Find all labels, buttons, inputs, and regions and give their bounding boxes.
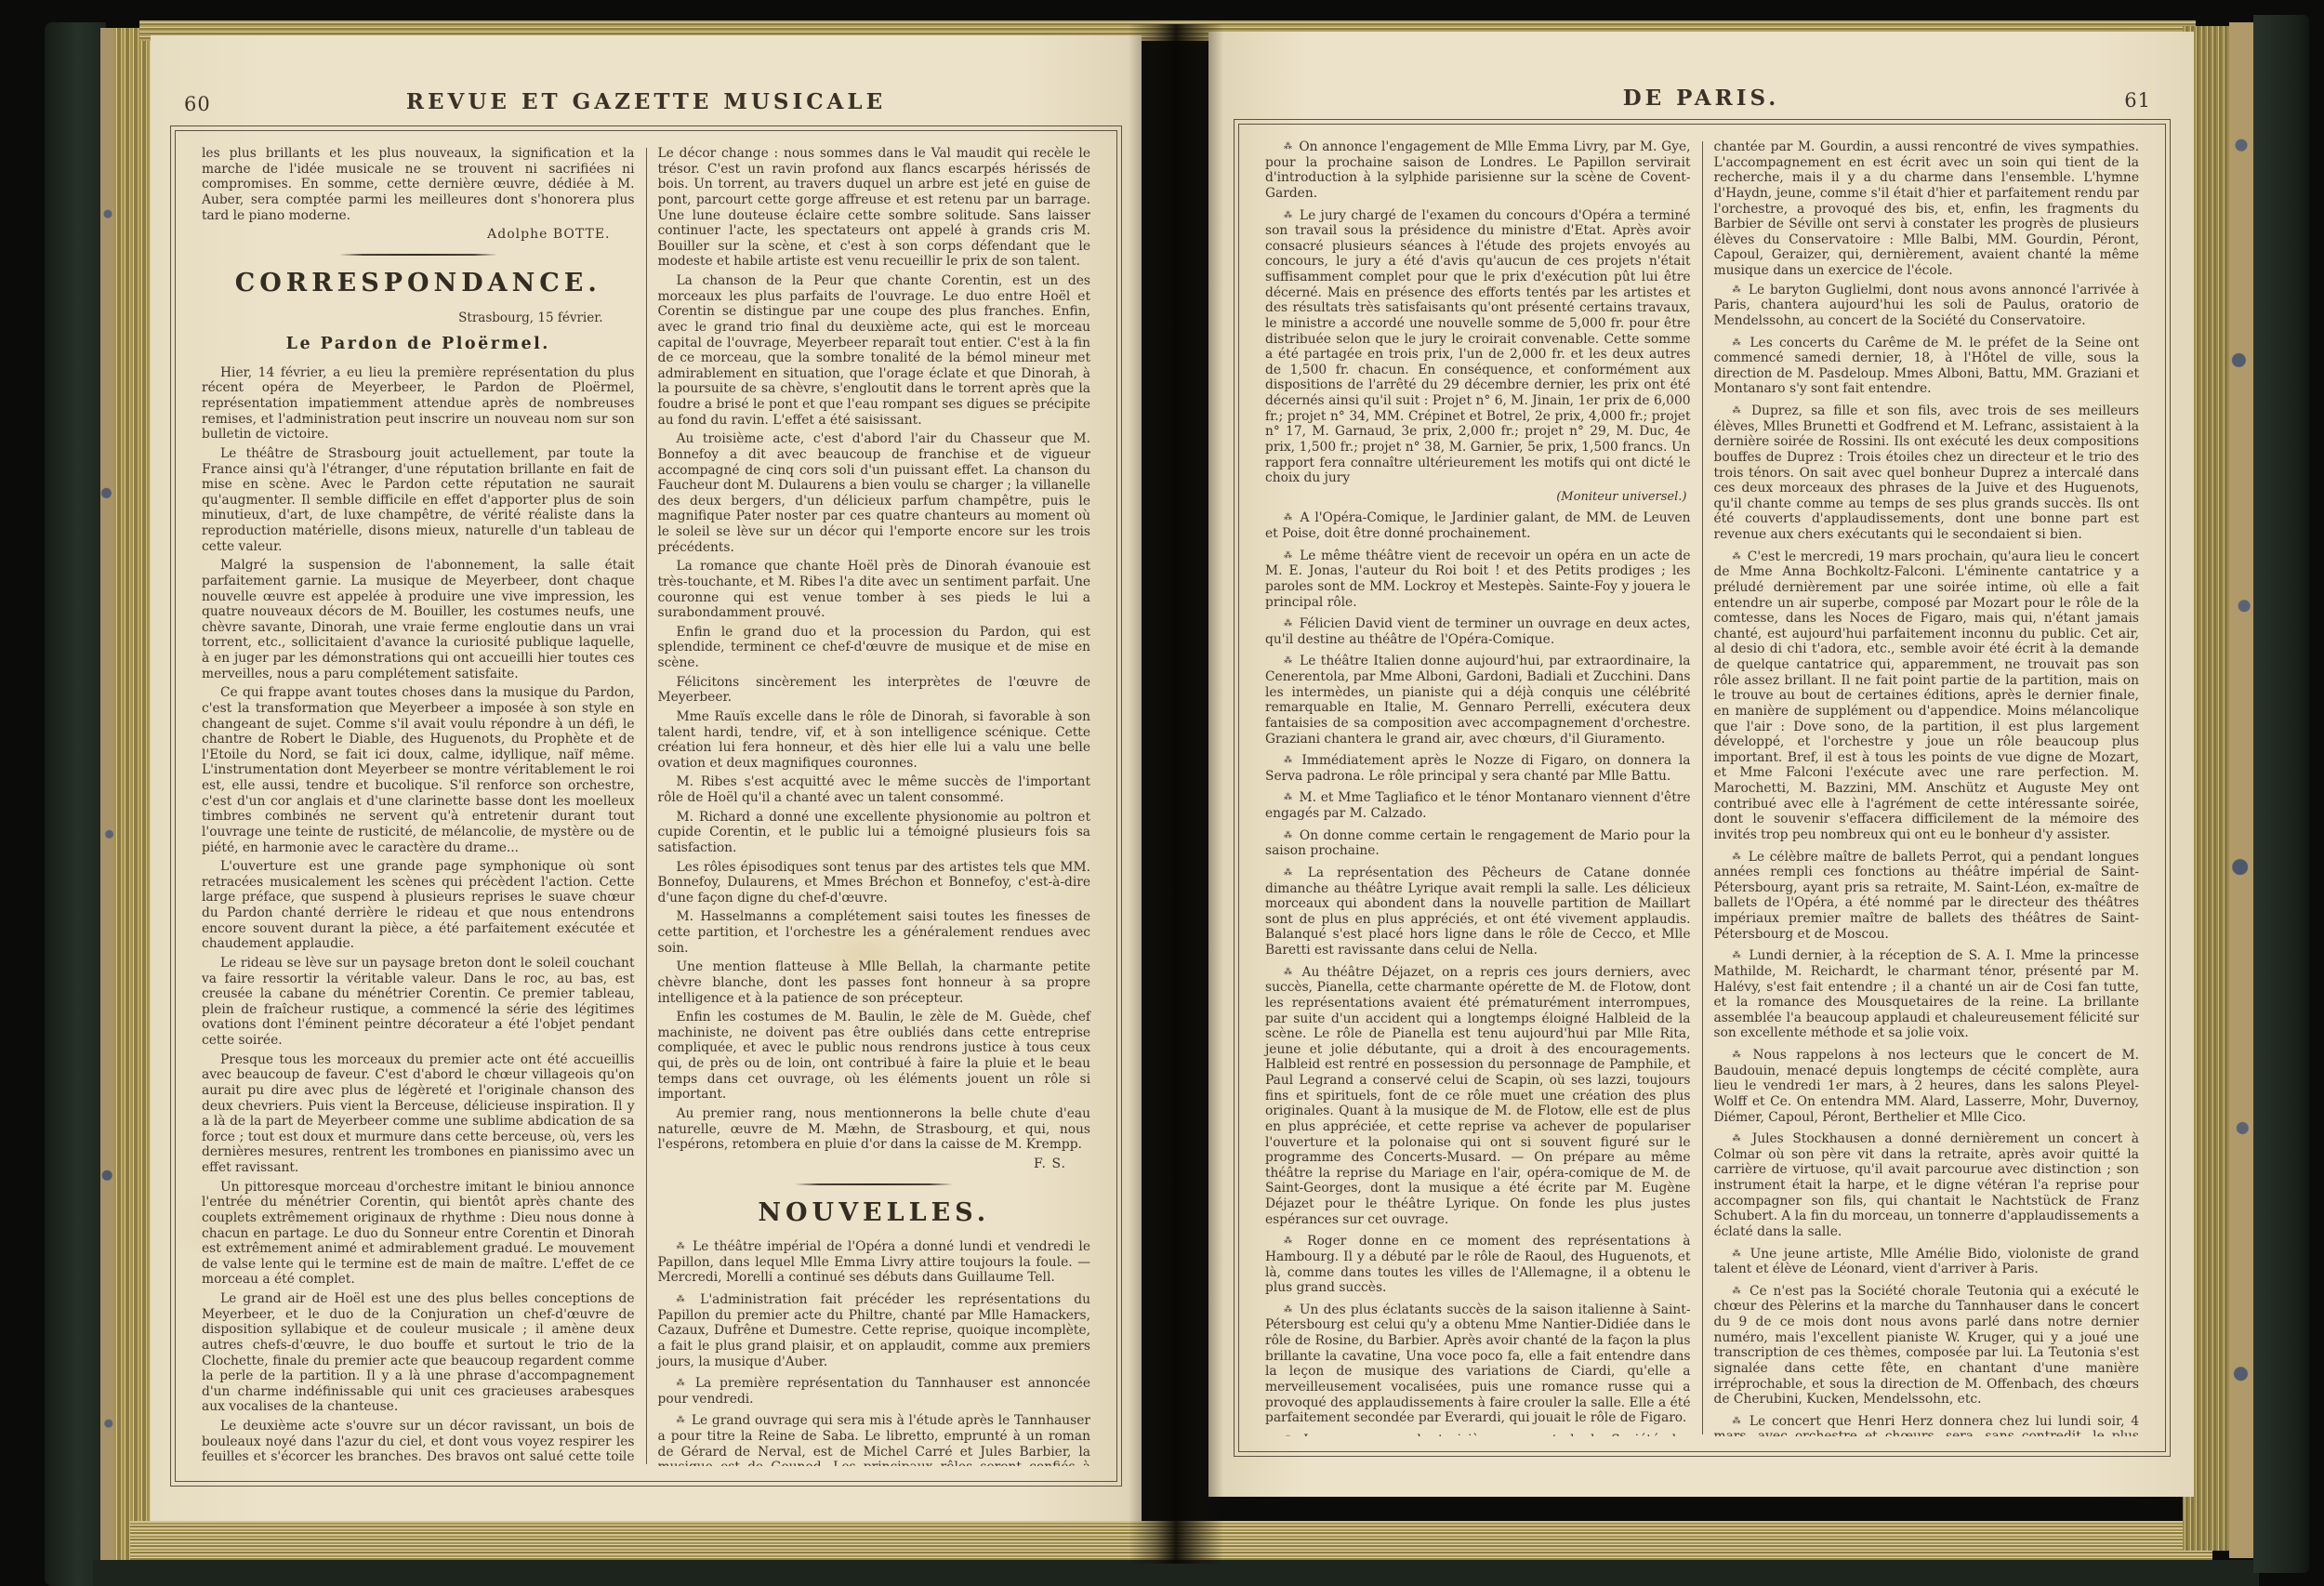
news-item: ⁂Le jury chargé de l'examen du concours … (1265, 208, 1691, 486)
news-item: ⁂Le même théâtre vient de recevoir un op… (1265, 548, 1691, 611)
paragraph: Félicitons sincèrement les interprètes d… (658, 675, 1091, 706)
paragraph: Un pittoresque morceau d'orchestre imita… (202, 1180, 635, 1288)
paragraph: Au premier rang, nous mentionnerons la b… (658, 1106, 1091, 1153)
paragraph: Au troisième acte, c'est d'abord l'air d… (658, 431, 1091, 555)
news-item: ⁂Roger donne en ce moment des représenta… (1265, 1234, 1691, 1296)
paragraph: Enfin le grand duo et la procession du P… (658, 625, 1091, 671)
paragraph: L'ouverture est une grande page symphoni… (202, 859, 635, 952)
column-divider-rule (1702, 141, 1703, 1434)
paragraph: Le rideau se lève sur un paysage breton … (202, 956, 635, 1049)
section-heading: NOUVELLES. (658, 1198, 1091, 1229)
paragraph: Hier, 14 février, a eu lieu la première … (202, 365, 635, 443)
news-item: ⁂Jules Stockhausen a donné dernièrement … (1714, 1131, 2140, 1239)
news-item: ⁂Une jeune artiste, Mlle Amélie Bido, vi… (1714, 1247, 2140, 1277)
asterism-icon: ⁂ (1733, 552, 1742, 562)
photo-of-open-journal: { "colors": { "background": "#0b0b0a", "… (0, 0, 2324, 1586)
asterism-icon: ⁂ (1284, 656, 1294, 666)
asterism-icon: ⁂ (677, 1295, 695, 1304)
news-item: ⁂Ce n'est pas la Société chorale Teutoni… (1714, 1284, 2140, 1408)
asterism-icon: ⁂ (1284, 1435, 1298, 1436)
paragraph: La romance que chante Hoël près de Dinor… (658, 559, 1091, 621)
asterism-icon: ⁂ (1733, 1417, 1744, 1426)
asterism-icon: ⁂ (1733, 285, 1743, 295)
asterism-icon: ⁂ (1284, 968, 1296, 977)
news-item: ⁂Un des plus éclatants succès de la sais… (1265, 1302, 1691, 1426)
news-item: ⁂On donne comme certain le rengagement d… (1265, 828, 1691, 859)
section-heading: CORRESPONDANCE. (202, 269, 635, 299)
right-page-rule-frame: ⁂On annonce l'engagement de Mlle Emma Li… (1234, 119, 2171, 1457)
signature: F. S. (658, 1156, 1091, 1172)
paragraph: Le grand air de Hoël est une des plus be… (202, 1291, 635, 1415)
news-item: ⁂Immédiatement après le Nozze di Figaro,… (1265, 753, 1691, 784)
asterism-icon: ⁂ (1733, 338, 1745, 348)
asterism-icon: ⁂ (1733, 1134, 1747, 1143)
paragraph: Le décor change : nous sommes dans le Va… (658, 146, 1091, 270)
news-item: ⁂Lundi dernier, à la réception de S. A. … (1714, 948, 2140, 1041)
news-item: ⁂Au théâtre Déjazet, on a repris ces jou… (1265, 965, 1691, 1228)
right-page-column-1: ⁂On annonce l'engagement de Mlle Emma Li… (1256, 139, 1700, 1436)
asterism-icon: ⁂ (1284, 868, 1302, 878)
asterism-icon: ⁂ (1284, 831, 1294, 840)
left-page: 60 REVUE ET GAZETTE MUSICALE les plus br… (151, 35, 1142, 1521)
news-item: ⁂Le théâtre impérial de l'Opéra a donné … (658, 1239, 1091, 1286)
asterism-icon: ⁂ (1284, 619, 1294, 628)
asterism-icon: ⁂ (1284, 1305, 1294, 1315)
asterism-icon: ⁂ (1284, 513, 1295, 522)
paragraph: Le théâtre de Strasbourg jouit actuellem… (202, 446, 635, 554)
paragraph: M. Richard a donné une excellente physio… (658, 810, 1091, 856)
asterism-icon: ⁂ (1284, 211, 1294, 220)
news-item: ⁂Félicien David vient de terminer un ouv… (1265, 616, 1691, 647)
asterism-icon: ⁂ (1733, 406, 1747, 416)
signature: Adolphe BOTTE. (202, 227, 635, 243)
news-item: ⁂Le programme du troisième concert de la… (1265, 1433, 1691, 1436)
paragraph: Ce qui frappe avant toutes choses dans l… (202, 685, 635, 855)
news-item: ⁂Duprez, sa fille et son fils, avec troi… (1714, 403, 2140, 543)
divider-rule (339, 254, 497, 256)
asterism-icon: ⁂ (1733, 1249, 1745, 1259)
asterism-icon: ⁂ (1733, 951, 1744, 960)
news-item: ⁂Les concerts du Carême de M. le préfet … (1714, 336, 2140, 398)
news-item: ⁂A l'Opéra-Comique, le Jardinier galant,… (1265, 510, 1691, 541)
section-heading: Le Pardon de Ploërmel. (202, 335, 635, 354)
book-gutter-shadow (1129, 24, 1223, 1564)
paragraph: Enfin les costumes de M. Baulin, le zèle… (658, 1010, 1091, 1103)
asterism-icon: ⁂ (1733, 852, 1743, 862)
news-item: ⁂On annonce l'engagement de Mlle Emma Li… (1265, 139, 1691, 202)
asterism-icon: ⁂ (1733, 1051, 1748, 1060)
paragraph: Presque tous les morceaux du premier act… (202, 1052, 635, 1176)
asterism-icon: ⁂ (1284, 1236, 1301, 1246)
page-number-left: 60 (184, 93, 211, 115)
journal-title-left: REVUE ET GAZETTE MUSICALE (151, 89, 1142, 114)
news-item: ⁂Le concert que Henri Herz donnera chez … (1714, 1414, 2140, 1436)
page-number-right: 61 (2124, 89, 2151, 112)
marbled-cover-edge-right (2229, 22, 2253, 1558)
book-cover-bottom (93, 1560, 2259, 1586)
divider-rule (795, 1183, 953, 1185)
news-item: ⁂Le baryton Guglielmi, dont nous avons a… (1714, 283, 2140, 329)
news-item: ⁂Le célèbre maître de ballets Perrot, qu… (1714, 850, 2140, 943)
paragraph: M. Ribes s'est acquitté avec le même suc… (658, 774, 1091, 805)
right-page: DE PARIS. 61 ⁂On annonce l'engagement de… (1208, 32, 2194, 1497)
paragraph: chantée par M. Gourdin, a aussi rencontr… (1714, 139, 2140, 279)
paragraph: Les rôles épisodiques sont tenus par des… (658, 860, 1091, 906)
asterism-icon: ⁂ (1284, 142, 1293, 152)
right-page-column-2: chantée par M. Gourdin, a aussi rencontr… (1705, 139, 2149, 1436)
right-page-header: DE PARIS. 61 (1208, 86, 2194, 111)
asterism-icon: ⁂ (1284, 551, 1294, 561)
news-item: ⁂Le grand ouvrage qui sera mis à l'étude… (658, 1413, 1091, 1466)
dateline: Strasbourg, 15 février. (202, 311, 635, 325)
news-item: ⁂La première représentation du Tannhause… (658, 1376, 1091, 1407)
asterism-icon: ⁂ (1733, 1287, 1744, 1296)
news-item: ⁂C'est le mercredi, 19 mars prochain, qu… (1714, 549, 2140, 843)
news-item: ⁂La représentation des Pêcheurs de Catan… (1265, 866, 1691, 958)
right-page-text-area: ⁂On annonce l'engagement de Mlle Emma Li… (1238, 124, 2166, 1452)
attribution: (Moniteur universel.) (1265, 490, 1687, 505)
asterism-icon: ⁂ (677, 1379, 690, 1388)
left-page-rule-frame: les plus brillants et les plus nouveaux,… (170, 126, 1122, 1487)
left-page-column-2: Le décor change : nous sommes dans le Va… (649, 146, 1101, 1466)
news-item: ⁂M. et Mme Tagliafico et le ténor Montan… (1265, 790, 1691, 821)
asterism-icon: ⁂ (677, 1416, 686, 1425)
left-page-column-1: les plus brillants et les plus nouveaux,… (192, 146, 644, 1466)
paragraph: les plus brillants et les plus nouveaux,… (202, 146, 635, 223)
paragraph: Une mention flatteuse à Mlle Bellah, la … (658, 959, 1091, 1006)
news-item: ⁂L'administration fait précéder les repr… (658, 1292, 1091, 1369)
left-page-text-area: les plus brillants et les plus nouveaux,… (175, 130, 1117, 1482)
paragraph: Mme Rauïs excelle dans le rôle de Dinora… (658, 709, 1091, 772)
journal-title-right: DE PARIS. (1208, 86, 2194, 111)
news-item: ⁂Le théâtre Italien donne aujourd'hui, p… (1265, 654, 1691, 747)
news-item: ⁂Nous rappelons à nos lecteurs que le co… (1714, 1048, 2140, 1125)
left-page-header: 60 REVUE ET GAZETTE MUSICALE (151, 89, 1142, 114)
book-cover-right (2253, 15, 2309, 1573)
asterism-icon: ⁂ (677, 1242, 687, 1251)
asterism-icon: ⁂ (1284, 756, 1296, 765)
paragraph: Malgré la suspension de l'abonnement, la… (202, 558, 635, 681)
column-divider-rule (646, 148, 647, 1464)
paragraph: M. Hasselmanns a complétement saisi tout… (658, 909, 1091, 956)
paragraph: Le deuxième acte s'ouvre sur un décor ra… (202, 1419, 635, 1466)
asterism-icon: ⁂ (1284, 793, 1293, 802)
paragraph: La chanson de la Peur que chante Corenti… (658, 273, 1091, 428)
book-cover-left (45, 22, 106, 1586)
